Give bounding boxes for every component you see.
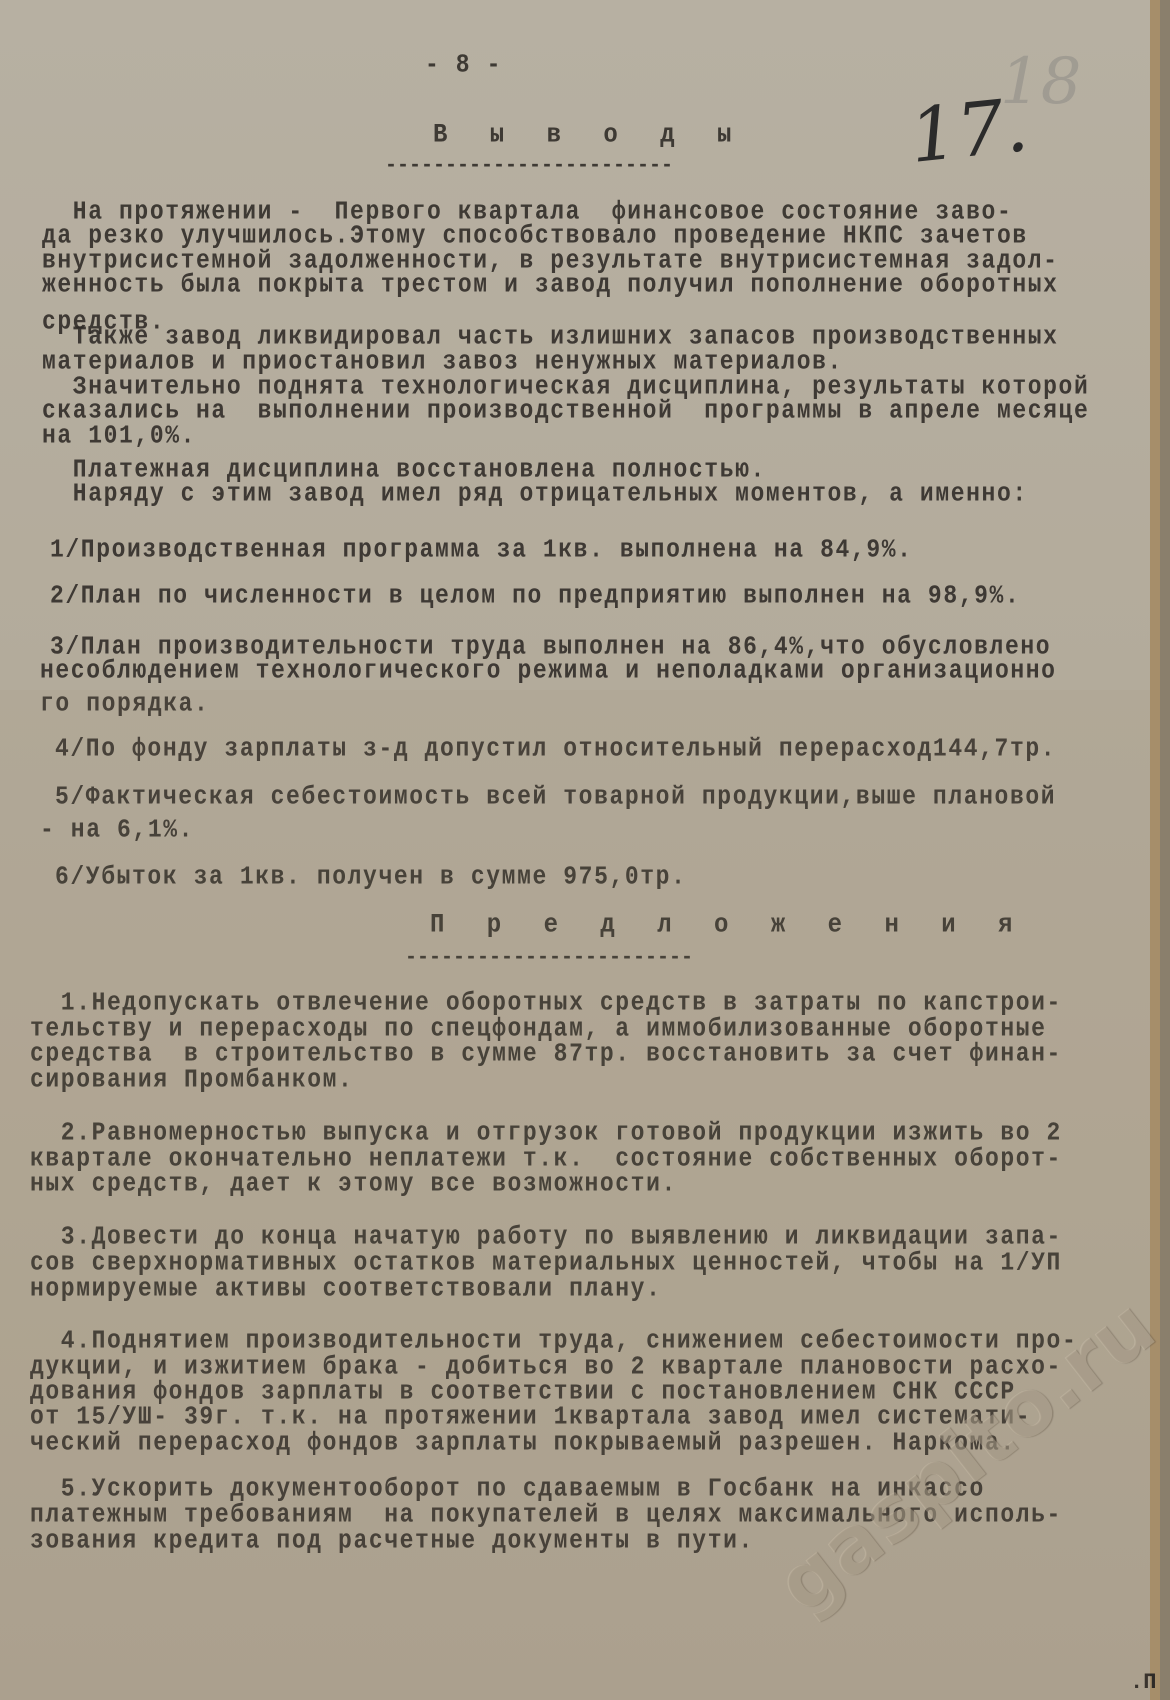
text-line: Наряду с этим завод имел ряд отрицательн… [42,479,1028,508]
corner-mark: .П [1130,1670,1156,1695]
proposal-item-3-cont: сов сверхнормативных остатков материальн… [30,1248,1062,1277]
proposal-item-2-cont: ных средств, дает к этому все возможност… [30,1169,677,1198]
handwritten-sheet-number: 17. [906,82,1032,180]
text-line: женность была покрыта трестом и завод по… [42,270,1059,299]
proposal-item-1: 1.Недопускать отвлечение оборотных средс… [30,988,1062,1017]
proposal-item-1-cont: сирования Промбанком. [30,1065,353,1094]
proposal-item-1-cont: средства в строительство в сумме 87тр. в… [30,1039,1062,1068]
conclusion-item-6: 6/Убыток за 1кв. получен в сумме 975,0тр… [55,862,687,891]
conclusion-item-3-cont: го порядка. [40,689,209,718]
proposal-item-4-cont: ческий перерасход фондов зарплаты покрыв… [30,1428,1016,1457]
proposals-underline: ------------------------ [405,945,693,971]
conclusion-item-5: 5/Фактическая себестоимость всей товарно… [55,782,1056,811]
conclusion-item-2: 2/План по численности в целом по предпри… [50,581,1020,610]
text-line: на 101,0%. [42,421,196,450]
document-page: 18 - 8 - 17. В ы в о д ы ---------------… [0,0,1160,1700]
proposals-heading: П р е д л о ж е н и я [430,910,1026,940]
proposal-item-4: 4.Поднятием производительности труда, сн… [30,1326,1077,1355]
conclusion-item-3-cont: несоблюдением технологического режима и … [40,656,1057,685]
conclusions-heading: В ы в о д ы [433,120,745,150]
conclusion-item-5-cont: - на 6,1%. [40,815,194,844]
proposal-item-4-cont: от 15/УШ- 39г. т.к. на протяжении 1кварт… [30,1402,1031,1431]
conclusion-item-4: 4/По фонду зарплаты з-д допустил относит… [55,734,1056,763]
proposal-item-3-cont: нормируемые активы соответствовали плану… [30,1274,662,1303]
proposal-item-3: 3.Довести до конца начатую работу по выя… [30,1222,1062,1251]
text-line: сказались на выполнении производственной… [42,396,1089,425]
proposal-item-2: 2.Равномерностью выпуска и отгрузок гото… [30,1118,1062,1147]
conclusions-underline: ------------------------ [385,153,673,179]
proposal-item-5-cont: зования кредита под расчетные документы … [30,1526,754,1555]
conclusion-item-1: 1/Производственная программа за 1кв. вып… [50,535,913,564]
page-number: - 8 - [425,50,502,79]
